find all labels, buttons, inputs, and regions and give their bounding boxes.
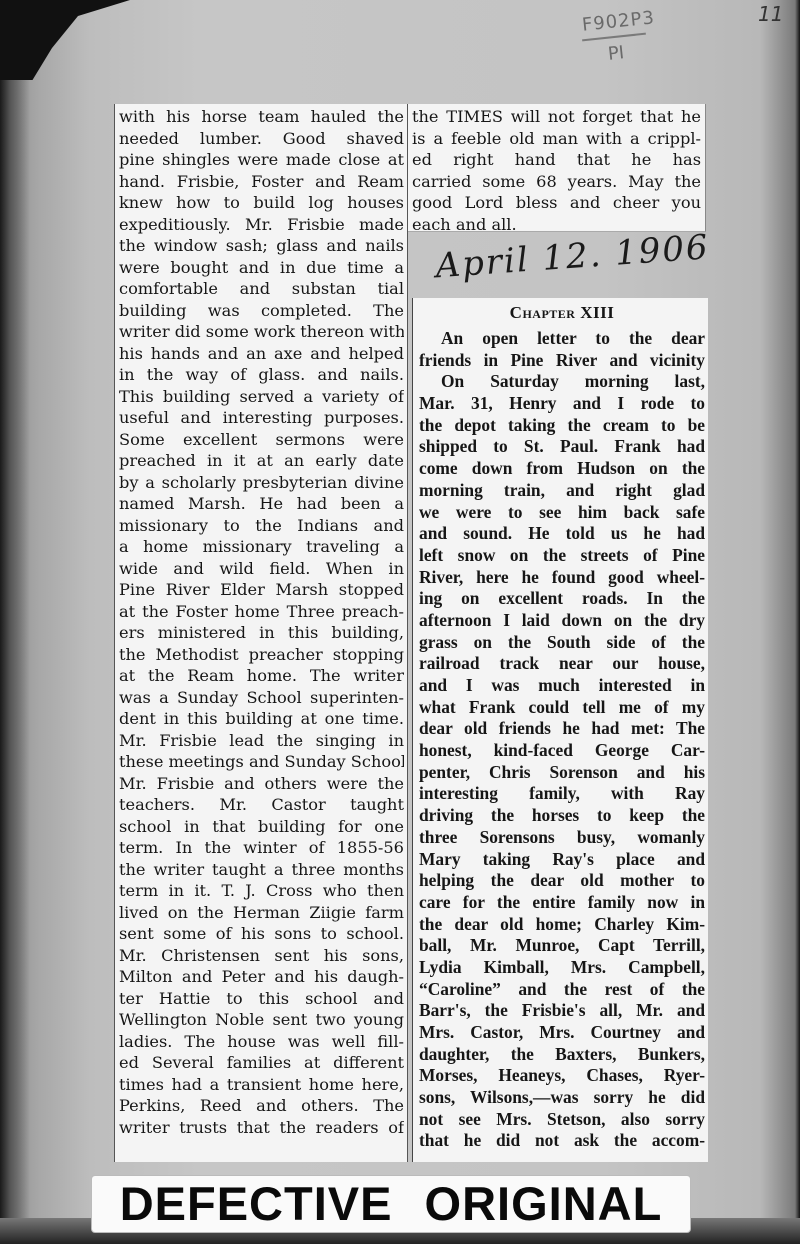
archive-reference-mark: F902P3 xyxy=(581,8,656,36)
text-line: we were to see him back safe xyxy=(419,502,705,524)
text-line: driving the horses to keep the xyxy=(419,805,705,827)
text-line: pine shingles were made close at xyxy=(119,149,404,171)
page-number: 11 xyxy=(758,2,783,26)
text-line: that he did not ask the accom- xyxy=(419,1130,705,1152)
text-line: comfortable and substan tial xyxy=(119,278,404,300)
text-line: the window sash; glass and nails xyxy=(119,235,404,257)
text-line: school in that building for one xyxy=(119,816,404,838)
text-line: left snow on the streets of Pine xyxy=(419,545,705,567)
text-line: at the Ream home. The writer xyxy=(119,665,404,687)
text-line: at the Foster home Three preach- xyxy=(119,601,404,623)
text-line: were bought and in due time a xyxy=(119,257,404,279)
text-line: the dear old home; Charley Kim- xyxy=(419,914,705,936)
text-line: the Methodist preacher stopping xyxy=(119,644,404,666)
text-line: daughter, the Baxters, Bunkers, xyxy=(419,1044,705,1066)
text-line: Mrs. Castor, Mrs. Courtney and xyxy=(419,1022,705,1044)
text-line: is a feeble old man with a crippl- xyxy=(412,128,701,150)
text-line: “Caroline” and the rest of the xyxy=(419,979,705,1001)
text-line: named Marsh. He had been a xyxy=(119,493,404,515)
text-line: term. In the winter of 1855-56 xyxy=(119,837,404,859)
text-line: morning train, and right glad xyxy=(419,480,705,502)
text-line: knew how to build log houses xyxy=(119,192,404,214)
text-line: An open letter to the dear xyxy=(419,328,705,350)
text-line: sons, Wilsons,—was sorry he did xyxy=(419,1087,705,1109)
text-line: ter Hattie to this school and xyxy=(119,988,404,1010)
text-line: helping the dear old mother to xyxy=(419,870,705,892)
text-line: ed Several families at different xyxy=(119,1052,404,1074)
text-line: the TIMES will not forget that he xyxy=(412,106,701,128)
text-line: Milton and Peter and his daugh- xyxy=(119,966,404,988)
torn-corner xyxy=(0,0,130,80)
text-line: care for the entire family now in xyxy=(419,892,705,914)
chapter-heading: Chapter XIII xyxy=(419,298,705,328)
text-line: shipped to St. Paul. Frank had xyxy=(419,436,705,458)
right-main-clipping: Chapter XIII An open letter to the dearf… xyxy=(412,298,708,1162)
text-line: afternoon I laid down on the dry xyxy=(419,610,705,632)
text-line: Some excellent sermons were xyxy=(119,429,404,451)
text-line: On Saturday morning last, xyxy=(419,371,705,393)
text-line: wide and wild field. When in xyxy=(119,558,404,580)
text-line: a home missionary traveling a xyxy=(119,536,404,558)
text-line: his hands and an axe and helped xyxy=(119,343,404,365)
text-line: Mar. 31, Henry and I rode to xyxy=(419,393,705,415)
text-line: Morses, Heaneys, Chases, Ryer- xyxy=(419,1065,705,1087)
text-line: term in it. T. J. Cross who then xyxy=(119,880,404,902)
text-line: building was completed. The xyxy=(119,300,404,322)
text-line: penter, Chris Sorenson and his xyxy=(419,762,705,784)
text-line: grass on the South side of the xyxy=(419,632,705,654)
handwritten-date: April 12. 1906 xyxy=(434,230,678,307)
text-line: railroad track near our house, xyxy=(419,653,705,675)
text-line: lived on the Herman Ziigie farm xyxy=(119,902,404,924)
text-line: in the way of glass. and nails. xyxy=(119,364,404,386)
text-line: was a Sunday School superinten- xyxy=(119,687,404,709)
page-shadow-edge xyxy=(0,0,30,1244)
text-line: hand. Frisbie, Foster and Ream xyxy=(119,171,404,193)
text-line: needed lumber. Good shaved xyxy=(119,128,404,150)
text-line: ball, Mr. Munroe, Capt Terrill, xyxy=(419,935,705,957)
text-line: friends in Pine River and vicinity xyxy=(419,350,705,372)
text-line: and sound. He told us he had xyxy=(419,523,705,545)
text-line: dent in this building at one time. xyxy=(119,708,404,730)
text-line: Wellington Noble sent two young xyxy=(119,1009,404,1031)
defective-original-stamp: DEFECTIVE ORIGINAL xyxy=(92,1176,690,1232)
text-line: teachers. Mr. Castor taught xyxy=(119,794,404,816)
text-line: writer did some work thereon with xyxy=(119,321,404,343)
text-line: Lydia Kimball, Mrs. Campbell, xyxy=(419,957,705,979)
text-line: ed right hand that he has xyxy=(412,149,701,171)
text-line: This building served a variety of xyxy=(119,386,404,408)
text-line: with his horse team hauled the xyxy=(119,106,404,128)
text-line: missionary to the Indians and xyxy=(119,515,404,537)
text-line: the depot taking the cream to be xyxy=(419,415,705,437)
text-line: dear old friends he had met: The xyxy=(419,718,705,740)
text-line: the writer taught a three months xyxy=(119,859,404,881)
text-line: what Frank could tell me of my xyxy=(419,697,705,719)
text-line: Mr. Frisbie lead the singing in xyxy=(119,730,404,752)
text-line: sent some of his sons to school. xyxy=(119,923,404,945)
text-line: these meetings and Sunday School xyxy=(119,751,404,773)
text-line: not see Mrs. Stetson, also sorry xyxy=(419,1109,705,1131)
right-top-clipping: the TIMES will not forget that heis a fe… xyxy=(408,104,706,232)
text-line: ing on excellent roads. In the xyxy=(419,588,705,610)
text-line: carried some 68 years. May the xyxy=(412,171,701,193)
text-line: writer trusts that the readers of xyxy=(119,1117,404,1139)
text-line: interesting family, with Ray xyxy=(419,783,705,805)
text-line: ers ministered in this building, xyxy=(119,622,404,644)
text-line: ladies. The house was well fill- xyxy=(119,1031,404,1053)
text-line: Barr's, the Frisbie's all, Mr. and xyxy=(419,1000,705,1022)
left-column-clipping: with his horse team hauled theneeded lum… xyxy=(114,104,408,1162)
text-line: preached in it at an early date xyxy=(119,450,404,472)
scanned-page: F902P3 PI 11 with his horse team hauled … xyxy=(0,0,800,1244)
text-line: Mr. Christensen sent his sons, xyxy=(119,945,404,967)
text-line: Perkins, Reed and others. The xyxy=(119,1095,404,1117)
text-line: times had a transient home here, xyxy=(119,1074,404,1096)
text-line: by a scholarly presbyterian divine xyxy=(119,472,404,494)
text-line: River, here he found good wheel- xyxy=(419,567,705,589)
text-line: Mary taking Ray's place and xyxy=(419,849,705,871)
text-line: Mr. Frisbie and others were the xyxy=(119,773,404,795)
text-line: come down from Hudson on the xyxy=(419,458,705,480)
text-line: and I was much interested in xyxy=(419,675,705,697)
archive-reference-sub: PI xyxy=(607,43,625,65)
text-line: useful and interesting purposes. xyxy=(119,407,404,429)
text-line: Pine River Elder Marsh stopped xyxy=(119,579,404,601)
text-line: expeditiously. Mr. Frisbie made xyxy=(119,214,404,236)
text-line: three Sorensons busy, womanly xyxy=(419,827,705,849)
text-line: honest, kind-faced George Car- xyxy=(419,740,705,762)
text-line: good Lord bless and cheer you xyxy=(412,192,701,214)
